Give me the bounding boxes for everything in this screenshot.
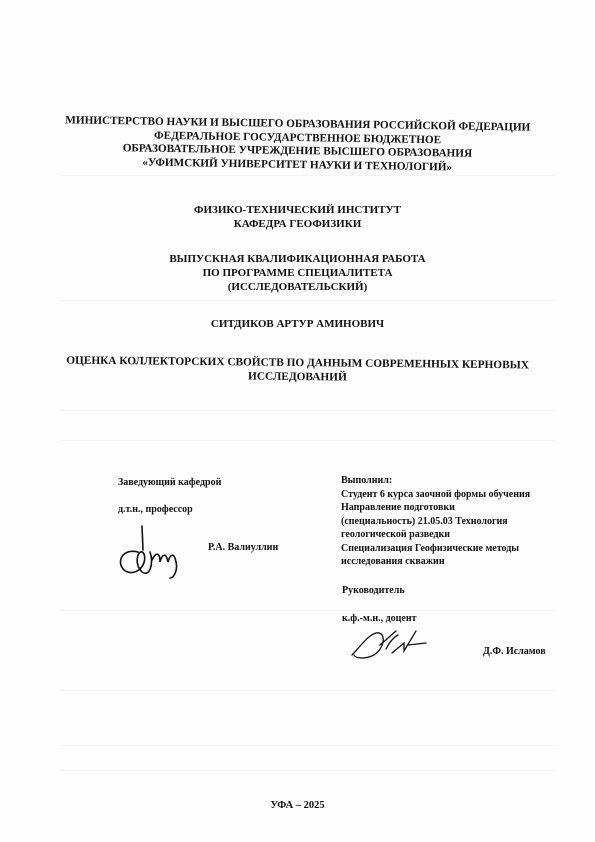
- work-type-line: ПО ПРОГРАММЕ СПЕЦИАЛИТЕТА: [0, 266, 595, 280]
- supervisor-name: Д.Ф. Исламов: [483, 645, 546, 659]
- institute-name: ФИЗИКО-ТЕХНИЧЕСКИЙ ИНСТИТУТ: [0, 203, 595, 217]
- scan-bleed-line: [60, 410, 555, 411]
- thesis-topic: ОЦЕНКА КОЛЛЕКТОРСКИХ СВОЙСТВ ПО ДАННЫМ С…: [0, 353, 595, 387]
- author-name: СИТДИКОВ АРТУР АМИНОВИЧ: [0, 318, 595, 330]
- hod-degree: д.т.н., профессор: [118, 503, 221, 517]
- scan-bleed-line: [60, 175, 555, 176]
- head-of-department-block: Заведующий кафедрой д.т.н., профессор: [118, 476, 221, 516]
- supervisor-signature-icon: [346, 625, 436, 661]
- performer-label: Выполнил:: [341, 474, 556, 488]
- hod-signature-icon: [112, 522, 202, 582]
- scan-bleed-line: [60, 770, 555, 771]
- performer-line: Направление подготовки: [341, 501, 556, 515]
- institute-block: ФИЗИКО-ТЕХНИЧЕСКИЙ ИНСТИТУТ КАФЕДРА ГЕОФ…: [0, 203, 595, 231]
- city-year: УФА – 2025: [0, 800, 595, 811]
- performer-line: (специальность) 21.05.03 Технология: [341, 515, 556, 529]
- performer-line: Студент 6 курса заочной формы обучения: [341, 488, 556, 502]
- performer-block: Выполнил: Студент 6 курса заочной формы …: [341, 474, 556, 569]
- work-type-block: ВЫПУСКНАЯ КВАЛИФИКАЦИОННАЯ РАБОТА ПО ПРО…: [0, 252, 595, 294]
- performer-line: Специализация Геофизические методы: [341, 542, 556, 556]
- hod-name: Р.А. Валиуллин: [208, 541, 278, 555]
- supervisor-role: Руководитель: [342, 584, 405, 598]
- hod-role: Заведующий кафедрой: [118, 476, 221, 490]
- supervisor-degree: к.ф.-м.н., доцент: [342, 612, 417, 626]
- scan-bleed-line: [60, 610, 555, 611]
- scan-bleed-line: [60, 300, 555, 301]
- work-type-line: ВЫПУСКНАЯ КВАЛИФИКАЦИОННАЯ РАБОТА: [0, 252, 595, 266]
- scan-bleed-line: [60, 690, 555, 691]
- performer-line: исследования скважин: [341, 555, 556, 569]
- scan-bleed-line: [60, 440, 555, 441]
- title-page: МИНИСТЕРСТВО НАУКИ И ВЫСШЕГО ОБРАЗОВАНИЯ…: [0, 0, 595, 842]
- work-type-line: (ИССЛЕДОВАТЕЛЬСКИЙ): [0, 280, 595, 294]
- scan-bleed-line: [60, 745, 555, 746]
- ministry-header: МИНИСТЕРСТВО НАУКИ И ВЫСШЕГО ОБРАЗОВАНИЯ…: [0, 113, 595, 176]
- performer-line: геологической разведки: [341, 528, 556, 542]
- department-name: КАФЕДРА ГЕОФИЗИКИ: [0, 217, 595, 231]
